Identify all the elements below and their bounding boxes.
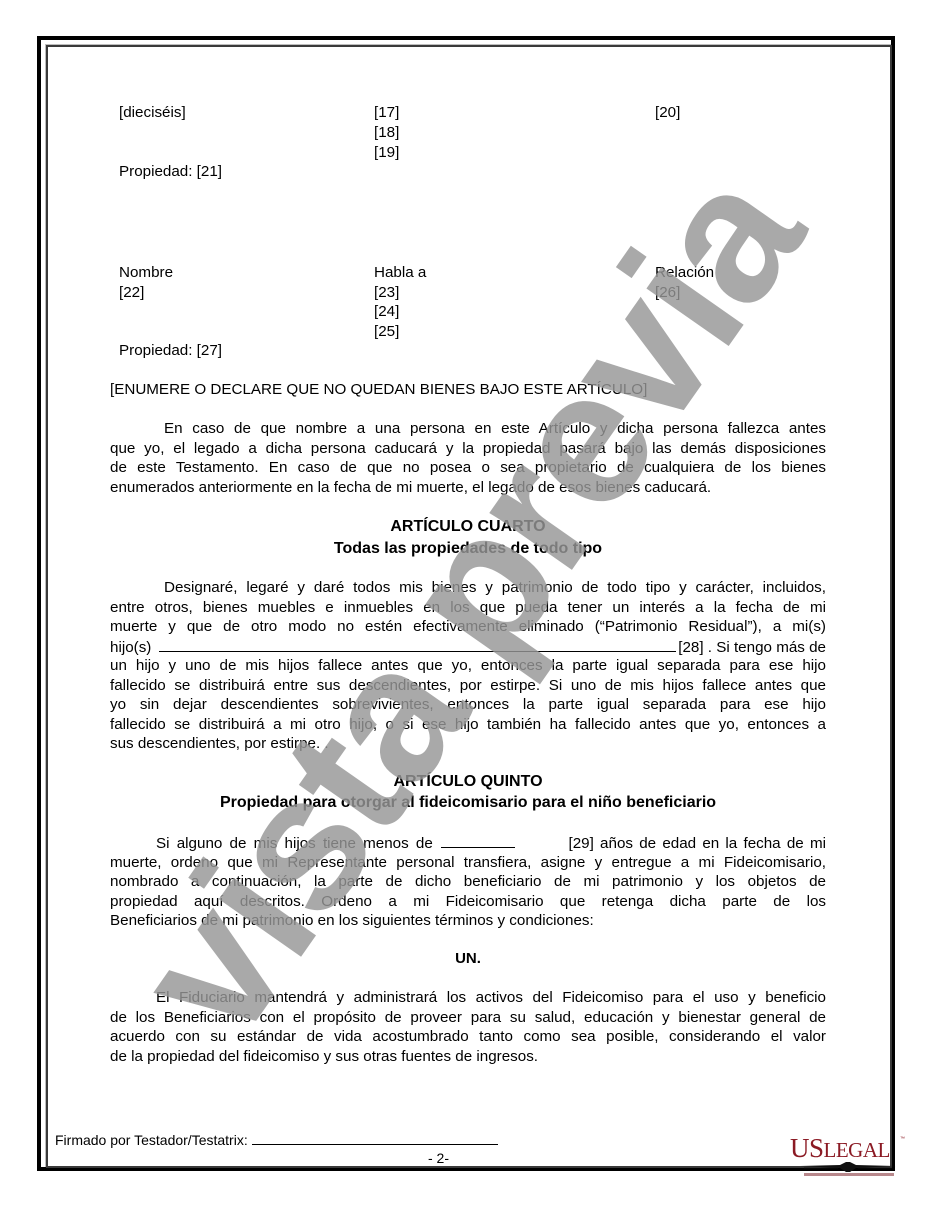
paragraph-line: sus descendientes, por estirpe. . — [110, 734, 826, 754]
paragraph-line: fallecido se distribuirá entre sus desce… — [110, 676, 826, 696]
article4-paragraph: Designaré, legaré y daré todos mis biene… — [110, 578, 826, 754]
paragraph-line: de la propiedad del fideicomiso y sus ot… — [110, 1047, 826, 1067]
paragraph-line: En caso de que nombre a una persona en e… — [110, 419, 826, 439]
eagle-wings-icon — [800, 1162, 896, 1172]
table2-speaks-to-2: [24] — [374, 302, 399, 322]
table1-property: Propiedad: [21] — [119, 162, 222, 182]
table2-header-speaks-to: Habla a — [374, 263, 426, 283]
paragraph-line: un hijo y uno de mis hijos fallece antes… — [110, 656, 826, 676]
table1-name: [dieciséis] — [119, 103, 186, 123]
table2-property: Propiedad: [27] — [119, 341, 222, 361]
table2-speaks-to-3: [25] — [374, 322, 399, 342]
age-blank[interactable] — [441, 833, 515, 848]
paragraph-line: acuerdo con su estándar de vida acostumb… — [110, 1027, 826, 1047]
table1-speaks-to-2: [18] — [374, 123, 399, 143]
paragraph-line: Beneficiarios de mi patrimonio en los si… — [110, 911, 826, 931]
paragraph-line: Designaré, legaré y daré todos mis biene… — [110, 578, 826, 598]
instruction-text: [ENUMERE O DECLARE QUE NO QUEDAN BIENES … — [110, 380, 647, 400]
trademark-symbol: ™ — [900, 1136, 905, 1142]
paragraph-line: muerte, ordeno que mi Representante pers… — [110, 853, 826, 873]
children-name-blank[interactable] — [159, 637, 676, 652]
uslegal-logo: USLEGAL ™ — [790, 1134, 908, 1179]
paragraph-line: muerte y que de otro modo no estén efect… — [110, 617, 826, 637]
signature-line: Firmado por Testador/Testatrix: — [55, 1131, 498, 1148]
article4-title: ARTÍCULO CUARTO — [110, 516, 826, 538]
logo-wordmark-legal: LEGAL — [824, 1138, 890, 1162]
table2-relation: [26] — [655, 283, 680, 303]
paragraph-line: de los Beneficiarios con el propósito de… — [110, 1008, 826, 1028]
paragraph-line-blank: hijo(s) [28] . Si tengo más de — [110, 637, 826, 657]
table2-header-name: Nombre — [119, 263, 173, 283]
table1-speaks-to-3: [19] — [374, 143, 399, 163]
paragraph-line-blank: Si alguno de mis hijos tiene menos de [2… — [110, 833, 826, 853]
age-placeholder-suffix: [29] años de edad en la fecha de mi — [569, 834, 827, 854]
age-label: Si alguno de mis hijos tiene menos de — [156, 834, 433, 854]
logo-wordmark-us: US — [790, 1133, 824, 1163]
children-label: hijo(s) — [110, 638, 151, 658]
paragraph-line: de este Testamento. En caso de que no po… — [110, 458, 826, 478]
signature-label: Firmado por Testador/Testatrix: — [55, 1132, 248, 1148]
article4-subtitle: Todas las propiedades de todo tipo — [110, 538, 826, 560]
table2-name: [22] — [119, 283, 144, 303]
section-un-paragraph: El Fiduciario mantendrá y administrará l… — [110, 988, 826, 1066]
article5-paragraph: Si alguno de mis hijos tiene menos de [2… — [110, 833, 826, 931]
paragraph-line: yo sin dejar descendientes sobreviviente… — [110, 695, 826, 715]
page-number: - 2- — [428, 1150, 449, 1166]
lapse-paragraph: En caso de que nombre a una persona en e… — [110, 419, 826, 497]
logo-wordmark: USLEGAL — [790, 1134, 908, 1164]
signature-blank[interactable] — [252, 1131, 498, 1145]
table2-header-relation: Relación — [655, 263, 714, 283]
paragraph-line: que yo, el legado a dicha persona caduca… — [110, 439, 826, 459]
paragraph-line: El Fiduciario mantendrá y administrará l… — [110, 988, 826, 1008]
logo-url-text — [804, 1173, 894, 1176]
paragraph-line: entre otros, bienes muebles e inmuebles … — [110, 598, 826, 618]
table1-speaks-to-1: [17] — [374, 103, 399, 123]
section-un-title: UN. — [110, 948, 826, 970]
paragraph-line: enumerados anteriormente en la fecha de … — [110, 478, 826, 498]
table1-relation: [20] — [655, 103, 680, 123]
paragraph-line: propiedad aquí descritos. Ordeno a mi Fi… — [110, 892, 826, 912]
article5-subtitle: Propiedad para otorgar al fideicomisario… — [110, 792, 826, 814]
paragraph-line: fallecido se distribuirá a mi otro hijo,… — [110, 715, 826, 735]
table2-speaks-to-1: [23] — [374, 283, 399, 303]
children-placeholder-suffix: [28] . Si tengo más de — [678, 638, 826, 658]
paragraph-line: nombrado a continuación, la parte de dic… — [110, 872, 826, 892]
article5-title: ARTÍCULO QUINTO — [110, 771, 826, 793]
